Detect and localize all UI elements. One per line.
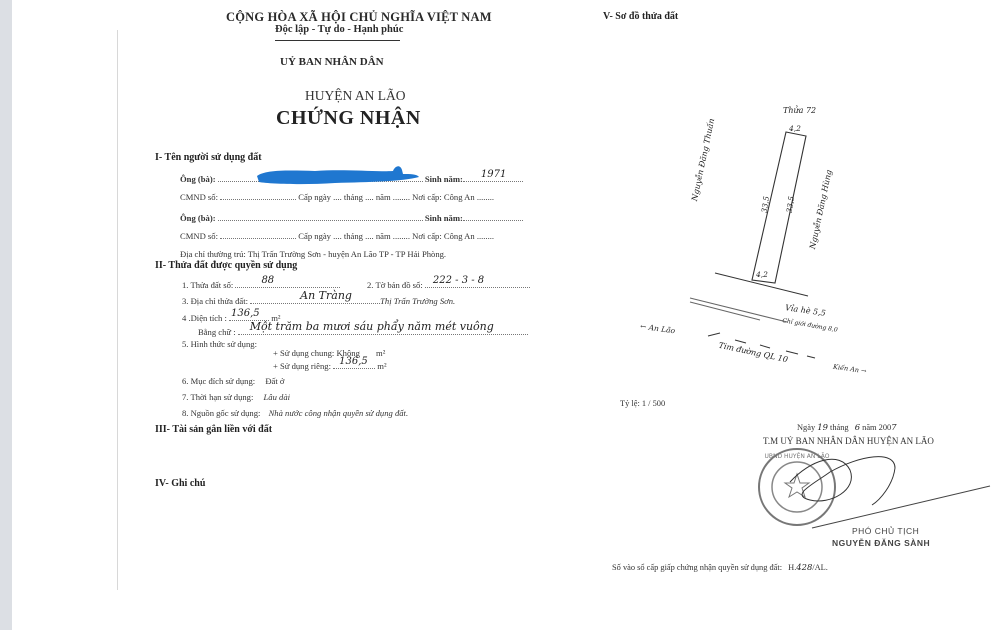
- signer-name: NGUYỄN ĐĂNG SÀNH: [832, 538, 930, 548]
- registry-number: 428: [796, 562, 812, 572]
- registry-entry: Số vào sổ cấp giấp chứng nhận quyền sử d…: [612, 562, 828, 572]
- signer-title: PHÓ CHỦ TỊCH: [852, 526, 919, 536]
- signature: [0, 0, 1000, 630]
